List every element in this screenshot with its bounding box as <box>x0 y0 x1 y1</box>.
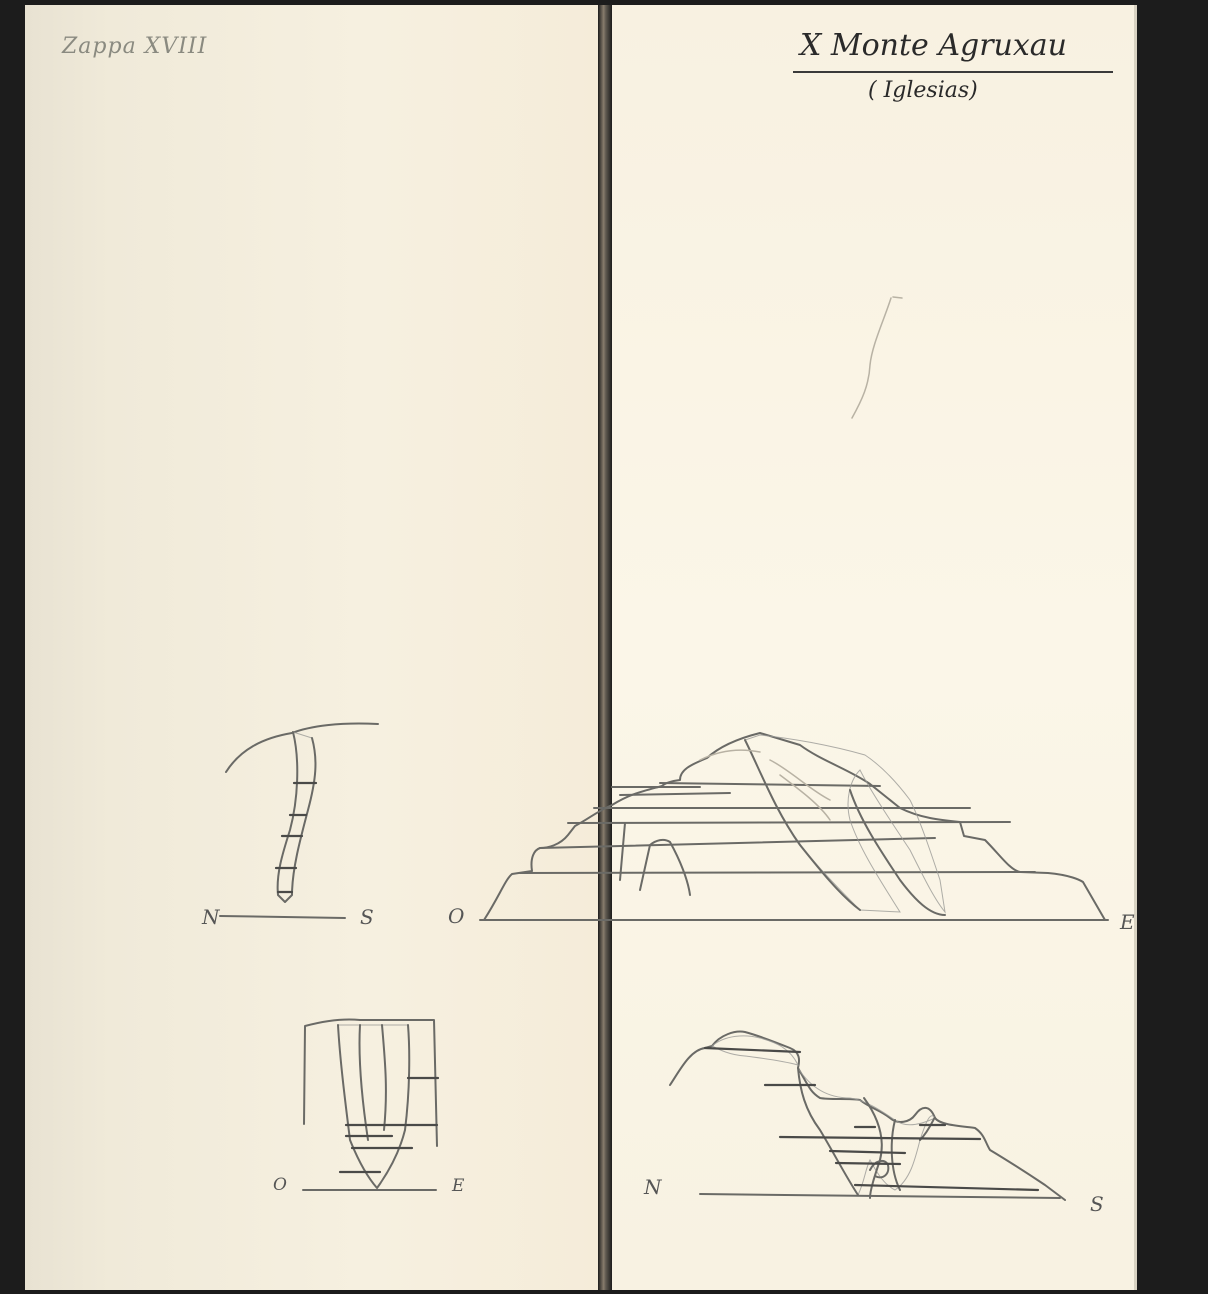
label-west-3: O <box>273 1175 287 1195</box>
sketch-vein-section <box>220 723 378 918</box>
sketches-canvas <box>0 0 1208 1294</box>
sketch-mountain-section <box>480 733 1108 920</box>
label-north-4: N <box>644 1175 662 1199</box>
sketch-slope-section <box>670 1032 1065 1200</box>
stray-pencil-stroke <box>852 297 902 418</box>
sketch-shaft-section <box>303 1019 438 1190</box>
label-south-1: S <box>360 905 374 929</box>
label-east-2: E <box>1120 910 1135 934</box>
label-south-4: S <box>1090 1192 1104 1216</box>
label-east-3: E <box>452 1176 464 1196</box>
label-west-2: O <box>448 904 464 928</box>
label-north-1: N <box>202 905 220 929</box>
